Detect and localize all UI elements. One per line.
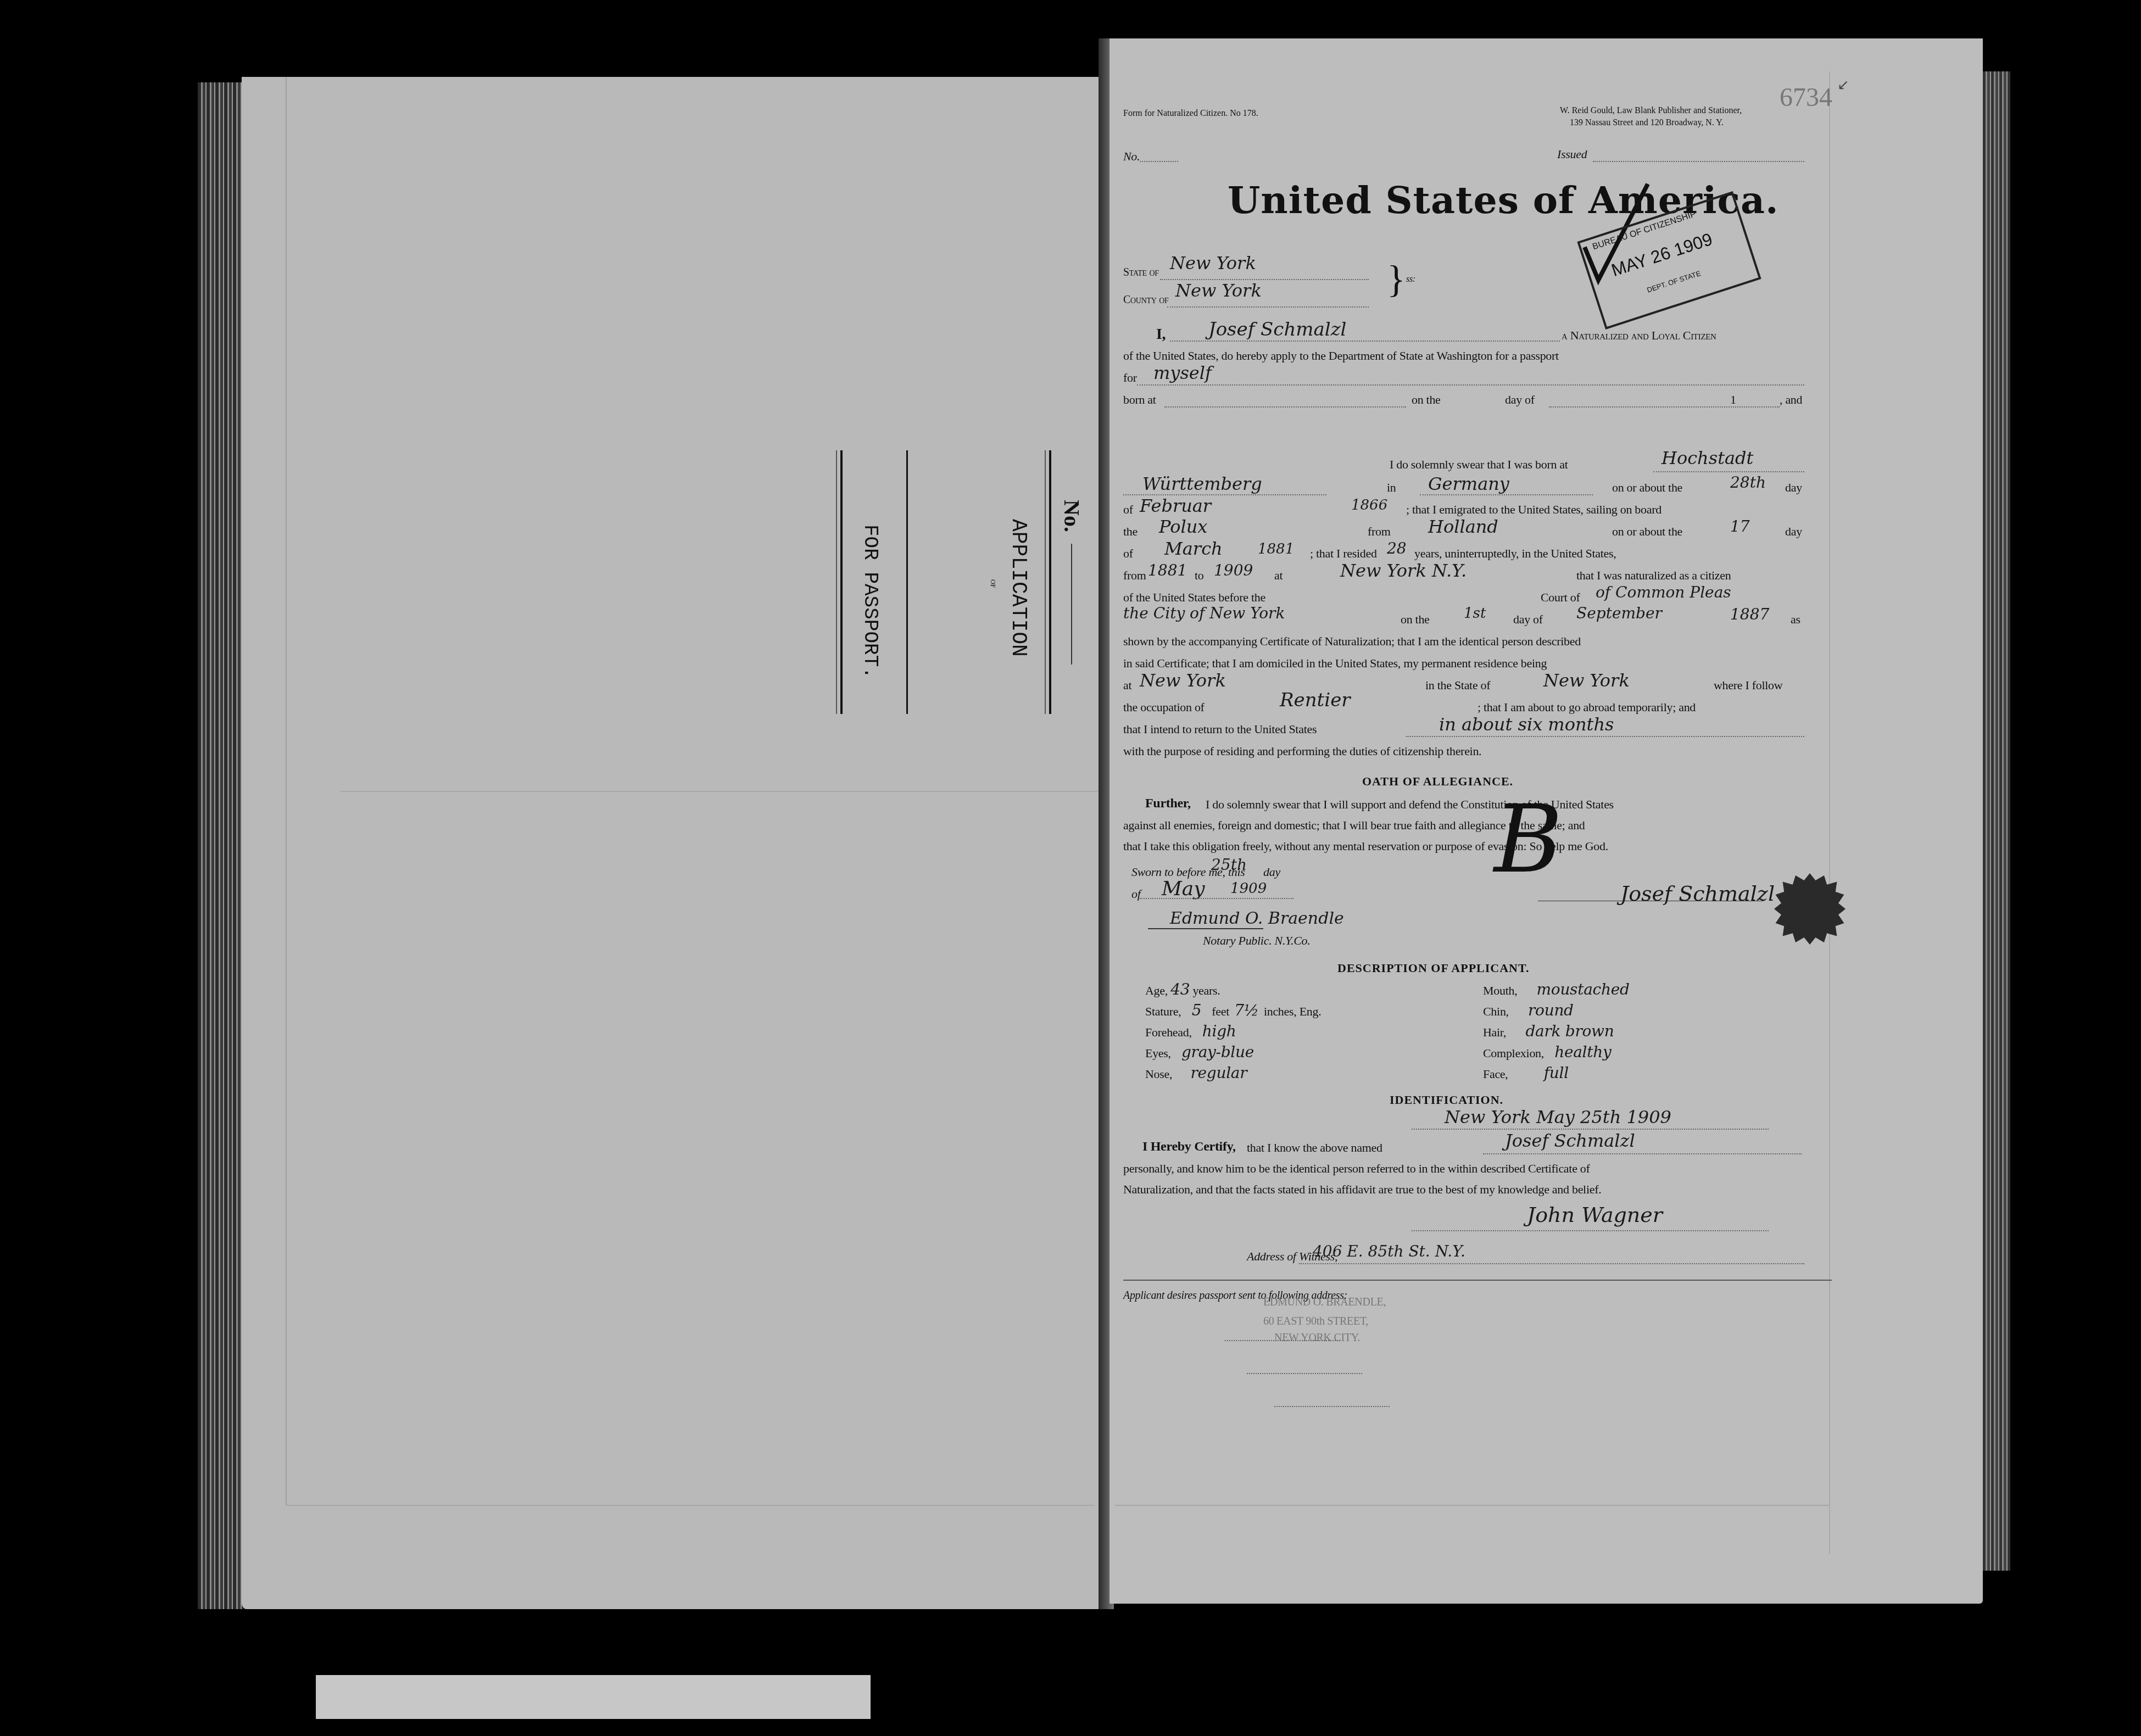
certified-person: Josef Schmalzl: [1505, 1130, 1635, 1151]
applicant-name: Josef Schmalzl: [1208, 319, 1346, 340]
to-year: 1909: [1214, 561, 1253, 579]
issued-label: Issued: [1557, 147, 1587, 161]
on-the-label-2: on the: [1401, 612, 1430, 627]
day-of-label-2: day of: [1513, 612, 1543, 627]
identification-heading: IDENTIFICATION.: [1390, 1093, 1503, 1107]
cover-rule-thin: [836, 450, 837, 714]
cover-label: No. APPLICATION OF FOR PASSPORT.: [818, 439, 1082, 769]
left-page-fold-line: [341, 791, 1099, 792]
court-of-label: Court of: [1541, 590, 1580, 605]
publisher-line-1: W. Reid Gould, Law Blank Publisher and S…: [1560, 106, 1742, 116]
nose-value: regular: [1190, 1064, 1247, 1082]
page-number-arrow-icon: ↙: [1837, 77, 1849, 93]
from-label-1: from: [1368, 524, 1391, 539]
cover-rule: [906, 450, 908, 714]
chin-label: Chin,: [1483, 1004, 1509, 1018]
forehead-value: high: [1202, 1022, 1236, 1040]
notary-label: Notary Public. N.Y.Co.: [1203, 934, 1311, 948]
mouth-value: moustached: [1537, 980, 1630, 998]
cover-no-line: [1071, 544, 1072, 665]
age-label: Age,: [1145, 984, 1168, 997]
eyes-row: Eyes, gray-blue: [1145, 1043, 1431, 1061]
intro-line2: of the United States, do hereby apply to…: [1123, 349, 1559, 363]
on-or-about-1: on or about the: [1612, 481, 1682, 495]
where-follow-label: where I follow: [1714, 678, 1782, 693]
large-initial-mark: B: [1494, 785, 1563, 894]
venue-brace: }: [1387, 258, 1406, 302]
resided-text: ; that I resided: [1310, 546, 1377, 561]
resided-suffix: years, uninterruptedly, in the United St…: [1414, 546, 1616, 561]
state-value: New York: [1170, 253, 1256, 273]
oath-further: Further,: [1145, 796, 1191, 811]
witness-address: 406 E. 85th St. N.Y.: [1313, 1242, 1465, 1260]
court-place: the City of New York: [1123, 604, 1285, 622]
domicile-line: in said Certificate; that I am domiciled…: [1123, 656, 1547, 671]
day-of-label: day of: [1505, 393, 1535, 407]
naturalization-year: 1887: [1730, 605, 1769, 623]
notary-signature-line: [1148, 928, 1263, 929]
return-value: in about six months: [1439, 714, 1614, 735]
for-value: myself: [1153, 362, 1212, 383]
birth-month: Februar: [1140, 495, 1211, 516]
sworn-day: 25th: [1211, 856, 1247, 874]
birth-region: Württemberg: [1142, 473, 1262, 494]
at-label-2: at: [1123, 678, 1131, 693]
cover-of: OF: [989, 579, 997, 588]
certify-line-3: Naturalization, and that the facts state…: [1123, 1182, 1601, 1197]
witness-signature: John Wagner: [1527, 1203, 1663, 1227]
arrival-month: March: [1164, 538, 1223, 559]
cover-rule: [1049, 450, 1051, 714]
stature-feet-label: feet: [1212, 1004, 1229, 1018]
resided-place: New York N.Y.: [1340, 560, 1467, 581]
the-label: the: [1123, 524, 1138, 539]
in-state-of-label: in the State of: [1425, 678, 1490, 693]
before-the-label: of the United States before the: [1123, 590, 1265, 605]
place-date-field: [1412, 1129, 1769, 1130]
paper-slip: [316, 1675, 871, 1719]
cover-no: No.: [1059, 500, 1085, 532]
return-label: that I intend to return to the United St…: [1123, 722, 1317, 736]
mailing-line-3: NEW YORK CITY.: [1274, 1332, 1360, 1344]
abroad-text: ; that I am about to go abroad temporari…: [1477, 700, 1696, 715]
mailing-field-2: [1247, 1373, 1362, 1374]
publisher-line-2: 139 Nassau Street and 120 Broadway, N. Y…: [1570, 118, 1724, 128]
sworn-month: May: [1162, 878, 1205, 900]
cover-rule-thin: [1045, 450, 1046, 714]
county-value: New York: [1175, 280, 1262, 301]
nose-label: Nose,: [1145, 1067, 1172, 1081]
nose-row: Nose, regular: [1145, 1064, 1431, 1082]
age-value: 43: [1170, 980, 1190, 998]
born-at-label: born at: [1123, 393, 1156, 407]
age-row: Age, 43 years.: [1145, 980, 1431, 998]
certify-line-2: personally, and know him to be the ident…: [1123, 1162, 1590, 1176]
issued-field: [1593, 161, 1804, 162]
section-divider: [1123, 1280, 1832, 1281]
right-page-edges: [1983, 71, 2010, 1571]
residence-city: New York: [1140, 670, 1226, 691]
at-label-1: at: [1274, 568, 1283, 583]
notary-seal: [1774, 873, 1846, 945]
state-label: State of: [1123, 266, 1159, 279]
certify-label: I Hereby Certify,: [1142, 1140, 1236, 1154]
chin-row: Chin, round: [1483, 1001, 1574, 1019]
cover-rule: [840, 450, 843, 714]
certify-text: that I know the above named: [1247, 1141, 1382, 1155]
cover-for-passport: FOR PASSPORT.: [859, 524, 882, 679]
oath-heading: OATH OF ALLEGIANCE.: [1362, 774, 1513, 789]
hair-row: Hair, dark brown: [1483, 1022, 1614, 1040]
day-label-1: day: [1785, 481, 1802, 495]
applicant-signature-line: [1538, 901, 1763, 901]
stamp-dept: DEPT. OF STATE: [1646, 269, 1702, 294]
birth-country: Germany: [1428, 473, 1509, 494]
birth-country-field: [1420, 494, 1593, 495]
sworn-day-label: day: [1263, 865, 1280, 879]
intro-line1-suffix: a Naturalized and Loyal Citizen: [1562, 328, 1716, 343]
hair-value: dark brown: [1525, 1022, 1614, 1040]
sworn-field: [1140, 898, 1293, 899]
for-field: [1137, 384, 1804, 386]
naturalized-text: that I was naturalized as a citizen: [1576, 568, 1731, 583]
face-row: Face, full: [1483, 1064, 1569, 1082]
eyes-label: Eyes,: [1145, 1046, 1171, 1060]
mouth-row: Mouth, moustached: [1483, 980, 1630, 998]
right-page-margin-frame: [1829, 71, 1978, 1554]
for-label: for: [1123, 371, 1137, 385]
in-label: in: [1387, 481, 1396, 495]
mailing-line-1: EDMUND O. BRAENDLE,: [1263, 1296, 1386, 1309]
county-field: [1167, 306, 1369, 308]
mouth-label: Mouth,: [1483, 984, 1517, 997]
stature-inches: 7½: [1234, 1001, 1258, 1019]
residence-state: New York: [1543, 670, 1630, 691]
departure-place: Holland: [1428, 516, 1498, 537]
on-the-label: on the: [1412, 393, 1441, 407]
birth-date-field: [1549, 406, 1780, 408]
forehead-label: Forehead,: [1145, 1025, 1192, 1039]
forehead-row: Forehead, high: [1145, 1022, 1431, 1040]
applicant-name-field: [1170, 340, 1560, 342]
hair-label: Hair,: [1483, 1025, 1506, 1039]
day-label-2: day: [1785, 524, 1802, 539]
years-resided: 28: [1387, 539, 1407, 557]
stature-label: Stature,: [1145, 1004, 1181, 1018]
naturalization-day: 1st: [1464, 605, 1486, 622]
form-name: Form for Naturalized Citizen. No 178.: [1123, 109, 1258, 119]
sworn-born-at: I do solemnly swear that I was born at: [1390, 457, 1568, 472]
mailing-field-3: [1274, 1406, 1390, 1407]
stature-suffix: inches, Eng.: [1264, 1004, 1322, 1018]
emigrated-text: ; that I emigrated to the United States,…: [1406, 503, 1661, 517]
complexion-value: healthy: [1554, 1043, 1611, 1061]
cover-application: APPLICATION: [1006, 519, 1030, 657]
arrival-year: 1881: [1258, 541, 1294, 557]
from-year: 1881: [1148, 561, 1187, 579]
witness-address-field: [1299, 1263, 1804, 1264]
identification-place-date: New York May 25th 1909: [1445, 1107, 1671, 1127]
chin-value: round: [1528, 1001, 1574, 1019]
mailing-field-1b: [1315, 1340, 1340, 1341]
and-label: , and: [1780, 393, 1802, 407]
court-name: of Common Pleas: [1596, 583, 1731, 601]
certificate-line: shown by the accompanying Certificate of…: [1123, 634, 1581, 649]
birth-place-field: [1653, 471, 1804, 472]
certified-person-field: [1483, 1153, 1802, 1154]
complexion-label: Complexion,: [1483, 1046, 1544, 1060]
to-label: to: [1195, 568, 1204, 583]
mailing-line-2: 60 EAST 90th STREET,: [1263, 1315, 1368, 1328]
age-suffix: years.: [1192, 984, 1220, 997]
from-label-2: from: [1123, 568, 1146, 583]
of-label-1: of: [1123, 503, 1133, 517]
occupation-label: the occupation of: [1123, 700, 1205, 715]
stature-feet: 5: [1192, 1001, 1202, 1019]
born-at-field: [1164, 406, 1406, 408]
as-label: as: [1791, 612, 1800, 627]
sworn-of-label: of: [1131, 887, 1141, 901]
eyes-value: gray-blue: [1181, 1043, 1254, 1061]
left-page-edges: [198, 82, 247, 1609]
ship-name: Polux: [1159, 516, 1207, 537]
birth-place: Hochstadt: [1661, 448, 1753, 468]
arrival-day: 17: [1730, 517, 1750, 535]
year-prefix: 1: [1730, 393, 1736, 407]
return-field: [1406, 736, 1804, 737]
purpose-line: with the purpose of residing and perform…: [1123, 744, 1481, 758]
number-label: No.: [1123, 149, 1140, 164]
sworn-year: 1909: [1230, 880, 1267, 897]
face-value: full: [1544, 1064, 1569, 1082]
ss-label: ss:: [1406, 275, 1415, 284]
applicant-signature: Josef Schmalzl: [1620, 881, 1775, 906]
complexion-row: Complexion, healthy: [1483, 1043, 1611, 1061]
notary-signature: Edmund O. Braendle: [1170, 909, 1344, 928]
occupation-value: Rentier: [1280, 689, 1351, 711]
right-page-lower-frame: [1115, 1428, 1829, 1506]
birth-day: 28th: [1730, 473, 1766, 492]
on-or-about-2: on or about the: [1612, 524, 1682, 539]
birth-year: 1866: [1351, 497, 1387, 513]
intro-i: I,: [1156, 326, 1166, 343]
of-label-2: of: [1123, 546, 1133, 561]
face-label: Face,: [1483, 1067, 1508, 1081]
number-field: [1140, 161, 1178, 162]
stature-row: Stature, 5 feet 7½ inches, Eng.: [1145, 1001, 1431, 1019]
witness-signature-field: [1412, 1230, 1769, 1231]
county-label: County of: [1123, 294, 1169, 306]
naturalization-month: September: [1576, 604, 1662, 622]
page-number: 6734: [1780, 82, 1832, 113]
description-heading: DESCRIPTION OF APPLICANT.: [1337, 961, 1530, 975]
